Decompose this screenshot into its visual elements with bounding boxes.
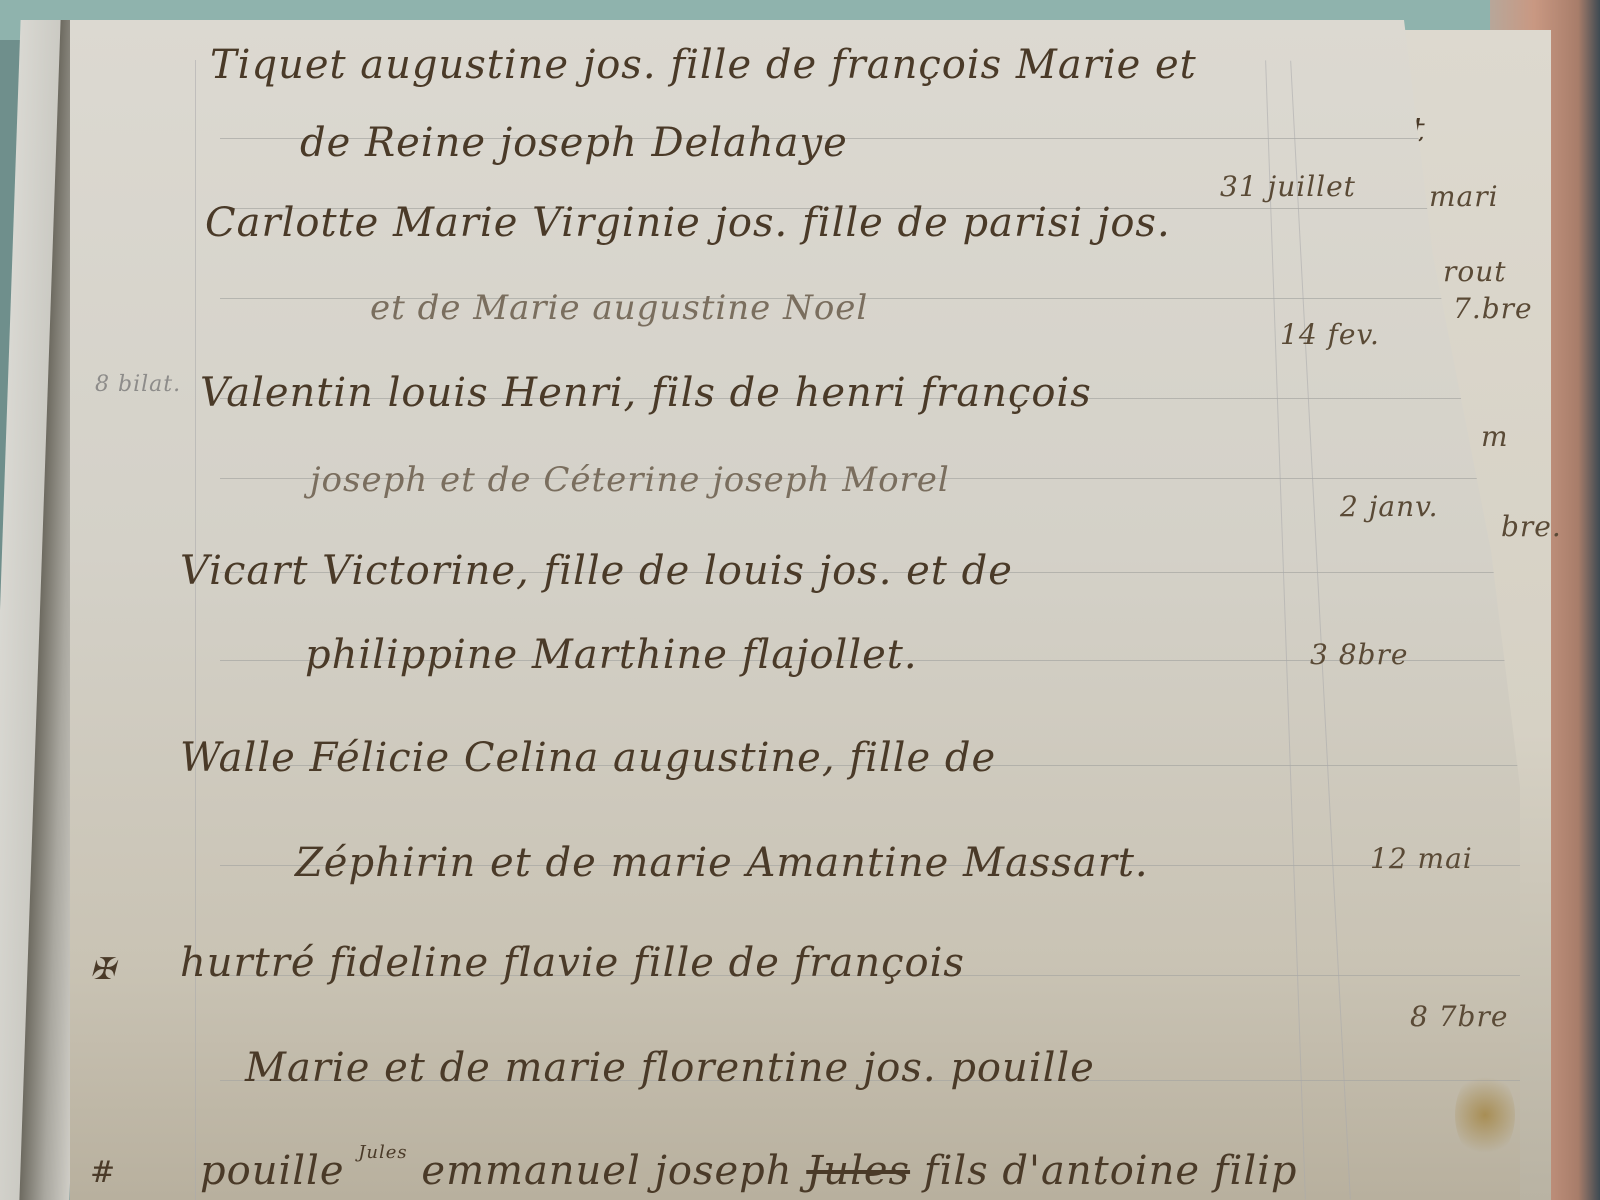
entry-7-surname: pouille <box>200 1148 345 1194</box>
entry-5-date: 12 mai <box>1370 842 1473 875</box>
back-page-fragment: bre. <box>1501 510 1562 543</box>
back-page-fragment: 7.bre <box>1453 292 1533 325</box>
ink-stain <box>1455 1070 1515 1160</box>
cross-mark-icon: ✠ <box>90 952 116 987</box>
entry-3-date: 2 janv. <box>1340 490 1439 523</box>
entry-5-line-1: Walle Félicie Celina augustine, fille de <box>180 735 996 781</box>
entry-7-given-names: emmanuel joseph <box>421 1148 792 1194</box>
entry-2-date: 14 fev. <box>1280 318 1380 351</box>
entry-7-parentage: fils d'antoine filip <box>924 1148 1298 1194</box>
entry-1-date: 31 juillet <box>1220 170 1356 203</box>
back-page-fragment: rout <box>1443 255 1507 288</box>
entry-5-line-2: Zéphirin et de marie Amantine Massart. <box>295 840 1149 886</box>
entry-4-line-1: Vicart Victorine, fille de louis jos. et… <box>180 548 1013 594</box>
entry-6-date: 8 7bre <box>1410 1000 1508 1033</box>
back-page-fragment: m <box>1481 420 1509 453</box>
entry-6-line-1: hurtré fideline flavie fille de françois <box>180 940 965 986</box>
entry-2-line-2: et de Marie augustine Noel <box>370 288 868 328</box>
entry-6-line-2: Marie et de marie florentine jos. pouill… <box>245 1045 1095 1091</box>
register-page: Tiquet augustine jos. fille de françois … <box>70 20 1520 1200</box>
back-page-fragment: mari <box>1429 180 1499 213</box>
entry-4-date: 3 8bre <box>1310 638 1408 671</box>
entry-2-line-1: Carlotte Marie Virginie jos. fille de pa… <box>205 200 1171 246</box>
entry-7-superscript-insert: Jules <box>358 1142 407 1163</box>
entry-1-line-1: Tiquet augustine jos. fille de françois … <box>210 42 1197 88</box>
hash-mark-icon: # <box>90 1155 116 1190</box>
entry-1-line-2: de Reine joseph Delahaye <box>300 120 848 166</box>
entry-3-line-2: joseph et de Céterine joseph Morel <box>310 460 950 500</box>
entry-7-struck-word: Jules <box>806 1148 910 1194</box>
entry-4-line-2: philippine Marthine flajollet. <box>305 632 918 678</box>
entry-7-line-1: pouille Jules emmanuel joseph Jules fils… <box>200 1148 1298 1194</box>
entry-3-line-1: Valentin louis Henri, fils de henri fran… <box>200 370 1092 416</box>
entry-3-margin-note: 8 bilat. <box>95 372 181 397</box>
